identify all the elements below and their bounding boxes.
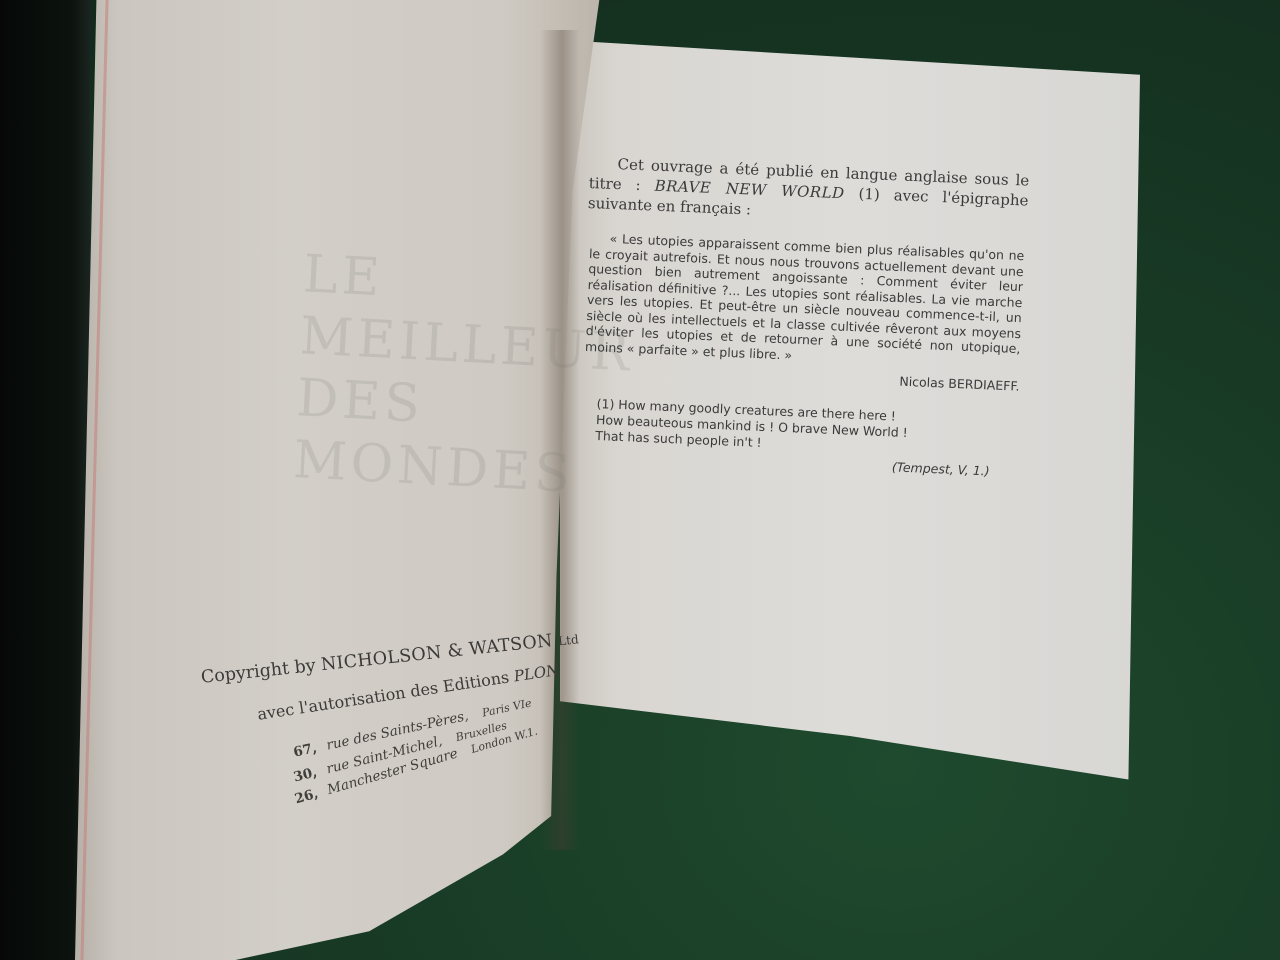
- title-page-show-through: LEMEILLEURDES MONDES: [295, 243, 564, 436]
- book-spine-shadow: [540, 30, 580, 850]
- epigraph-quote: « Les utopies apparaissent comme bien pl…: [585, 230, 1025, 372]
- epigraph-text: « Les utopies apparaissent comme bien pl…: [585, 230, 1025, 372]
- dark-book-cover-edge: [0, 0, 90, 960]
- footnote-marker: (1): [596, 396, 614, 412]
- book-photo-scene: LEMEILLEURDES MONDES Cet ouvrage a été p…: [0, 0, 1280, 960]
- footnote-ref: (1): [858, 185, 880, 204]
